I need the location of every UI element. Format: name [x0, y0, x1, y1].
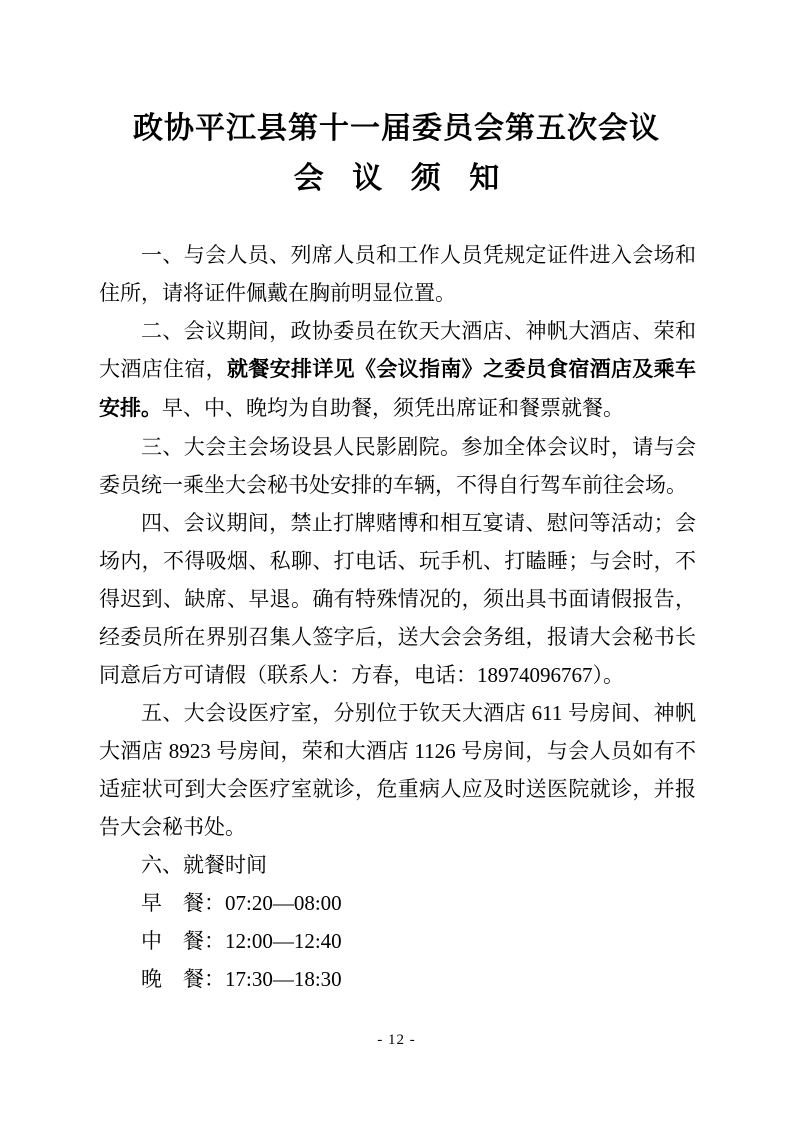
document-page: 政协平江县第十一届委员会第五次会议 会议须知 一、与会人员、列席人员和工作人员凭…	[0, 0, 793, 1122]
paragraph-discipline: 四、会议期间，禁止打牌赌博和相互宴请、慰问等活动；会场内，不得吸烟、私聊、打电话…	[99, 504, 696, 694]
meal-time-dinner: 晚 餐：17:30—18:30	[99, 960, 696, 998]
paragraph-entry-rules: 一、与会人员、列席人员和工作人员凭规定证件进入会场和住所，请将证件佩戴在胸前明显…	[99, 236, 696, 312]
document-subtitle: 会议须知	[0, 158, 793, 200]
paragraph-meal-time-heading: 六、就餐时间	[99, 846, 696, 884]
paragraph-venue-transport: 三、大会主会场设县人民影剧院。参加全体会议时，请与会委员统一乘坐大会秘书处安排的…	[99, 428, 696, 504]
paragraph-medical-rooms: 五、大会设医疗室，分别位于钦天大酒店 611 号房间、神帆大酒店 8923 号房…	[99, 694, 696, 846]
page-number: - 12 -	[0, 1030, 793, 1050]
paragraph-accommodation: 二、会议期间，政协委员在钦天大酒店、神帆大酒店、荣和大酒店住宿，就餐安排详见《会…	[99, 312, 696, 428]
paragraph-accommodation-post: 早、中、晚均为自助餐，须凭出席证和餐票就餐。	[162, 396, 624, 420]
meal-time-breakfast: 早 餐：07:20—08:00	[99, 884, 696, 922]
document-body: 一、与会人员、列席人员和工作人员凭规定证件进入会场和住所，请将证件佩戴在胸前明显…	[0, 236, 793, 998]
document-title: 政协平江县第十一届委员会第五次会议	[0, 0, 793, 150]
meal-time-lunch: 中 餐：12:00—12:40	[99, 922, 696, 960]
